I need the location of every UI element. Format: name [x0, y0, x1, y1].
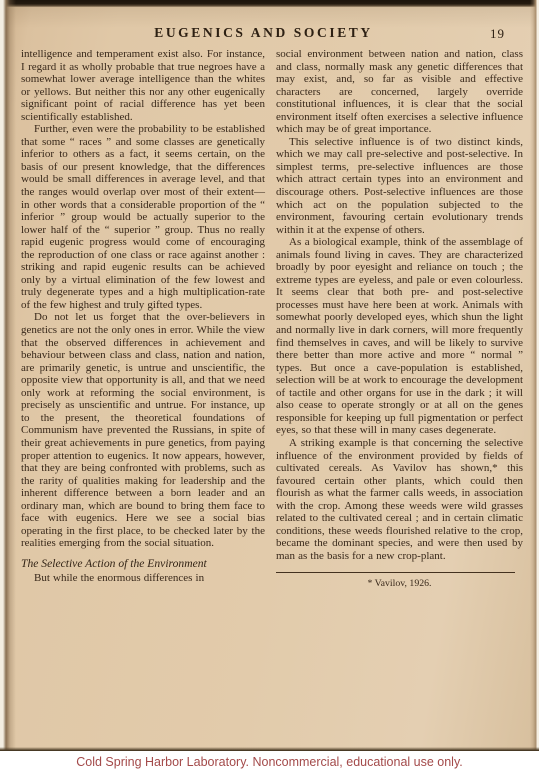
section-heading: The Selective Action of the Environment	[21, 557, 265, 570]
footer-strip: Cold Spring Harbor Laboratory. Noncommer…	[0, 751, 539, 773]
paragraph: Do not let us forget that the over-belie…	[21, 311, 265, 549]
right-column: social environment between nation and na…	[276, 48, 523, 589]
paper-page: EUGENICS AND SOCIETY 19 intelligence and…	[0, 0, 539, 751]
running-header: EUGENICS AND SOCIETY 19	[0, 25, 539, 41]
left-column: intelligence and temperament exist also.…	[21, 48, 265, 589]
page-edge-top	[0, 0, 539, 7]
paragraph: A striking example is that concerning th…	[276, 437, 523, 562]
text-columns: intelligence and temperament exist also.…	[21, 48, 523, 589]
header-title: EUGENICS AND SOCIETY	[0, 25, 533, 41]
footer-caption: Cold Spring Harbor Laboratory. Noncommer…	[76, 755, 463, 769]
paragraph: Further, even were the probability to be…	[21, 123, 265, 311]
footnote-separator-rule	[276, 572, 515, 573]
paragraph: But while the enormous differences in	[21, 572, 265, 585]
paragraph: As a biological example, think of the as…	[276, 236, 523, 437]
page-number: 19	[490, 26, 505, 42]
paragraph: social environment between nation and na…	[276, 48, 523, 136]
paragraph: This selective influence is of two disti…	[276, 136, 523, 236]
footnote: * Vavilov, 1926.	[276, 578, 523, 589]
book-page-scan: EUGENICS AND SOCIETY 19 intelligence and…	[0, 0, 539, 773]
paragraph: intelligence and temperament exist also.…	[21, 48, 265, 123]
page-edge-left	[0, 0, 16, 751]
page-edge-right	[530, 0, 539, 751]
